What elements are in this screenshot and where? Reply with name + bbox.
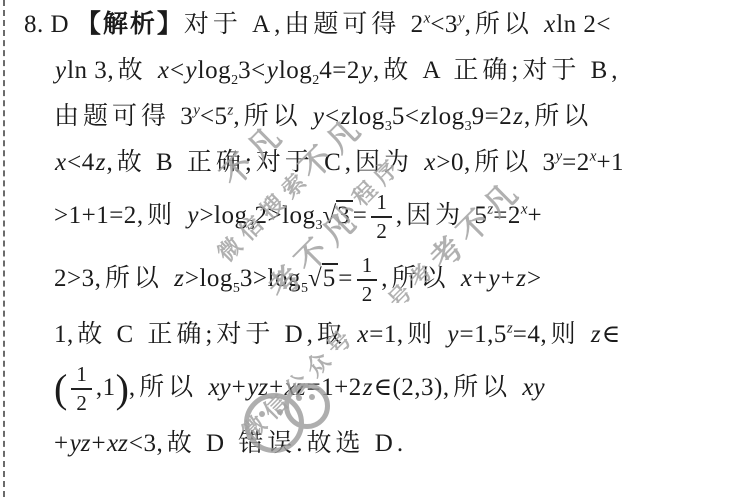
solution-line: >1+1=2,则 y>log32>log3√3=12,因为 5z=2x+ [24,192,716,242]
solution-line: 由题可得 3y<5z,所以 y<zlog35<zlog39=2z,所以 [24,100,716,133]
solution-line: 8. D 【解析】对于 A,由题可得 2x<3y,所以 xln 2< [24,8,716,41]
solution-line: 1,故 C 正确;对于 D,取 x=1,则 y=1,5z=4,则 z∈ [24,318,716,351]
logo-bubble-right [284,383,330,429]
solution-line: (12,1),所以 xy+yz+xz=1+2z∈(2,3),所以 xy [24,364,716,414]
solution-page: { "page": { "background": "#ffffff", "te… [0,0,740,497]
solution-line: 2>3,所以 z>log53>log5√5=12,所以 x+y+z> [24,255,716,305]
logo-eye [296,395,302,401]
logo-eye [277,409,283,415]
solution-line: yln 3,故 x<ylog23<ylog24=2y,故 A 正确;对于 B, [24,54,716,87]
logo-eye [309,394,315,400]
chat-bubbles-logo-icon [244,383,330,455]
logo-eye [259,411,265,417]
page-edge-dashed-line [3,0,5,497]
solution-line: +yz+xz<3,故 D 错误.故选 D. [24,427,716,460]
solution-line: x<4z,故 B 正确;对于 C,因为 x>0,所以 3y=2x+1 [24,146,716,179]
solution-text: 8. D 【解析】对于 A,由题可得 2x<3y,所以 xln 2<yln 3,… [24,8,716,473]
